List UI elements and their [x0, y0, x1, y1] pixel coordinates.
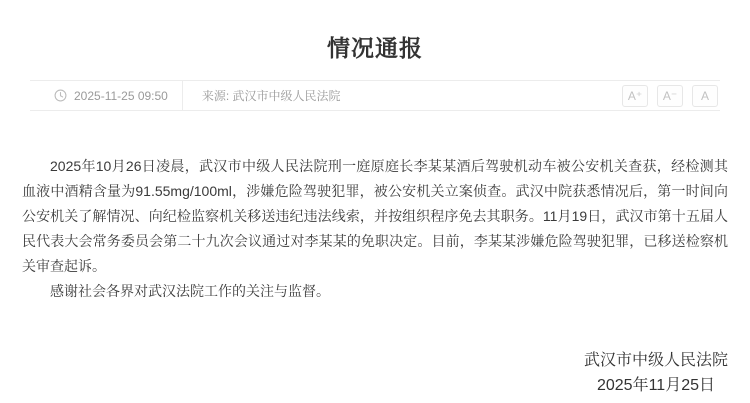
timestamp-text: 2025-11-25 09:50 — [74, 89, 168, 103]
signature-name: 武汉市中级人民法院 — [584, 348, 728, 373]
notice-page: { "page": { "title": "情况通报" }, "meta": {… — [0, 0, 750, 403]
page-title: 情况通报 — [0, 34, 750, 62]
article-paragraph: 感谢社会各界对武汉法院工作的关注与监督。 — [22, 279, 728, 304]
clock-icon — [54, 89, 67, 102]
font-size-reset-button[interactable]: A — [692, 85, 718, 107]
font-size-controls: A⁺ A⁻ A — [622, 85, 718, 107]
publish-time: 2025-11-25 09:50 — [54, 89, 168, 103]
article-paragraph: 2025年10月26日凌晨，武汉市中级人民法院刑一庭原庭长李某某酒后驾驶机动车被… — [22, 154, 728, 279]
signature-block: 武汉市中级人民法院 2025年11月25日 — [584, 348, 728, 398]
meta-divider — [182, 81, 183, 110]
source-text: 来源: 武汉市中级人民法院 — [202, 87, 341, 104]
meta-bar: 2025-11-25 09:50 来源: 武汉市中级人民法院 A⁺ A⁻ A — [30, 80, 720, 111]
article-body: 2025年10月26日凌晨，武汉市中级人民法院刑一庭原庭长李某某酒后驾驶机动车被… — [0, 154, 750, 304]
font-size-increase-button[interactable]: A⁺ — [622, 85, 648, 107]
signature-date: 2025年11月25日 — [584, 373, 728, 398]
font-size-decrease-button[interactable]: A⁻ — [657, 85, 683, 107]
